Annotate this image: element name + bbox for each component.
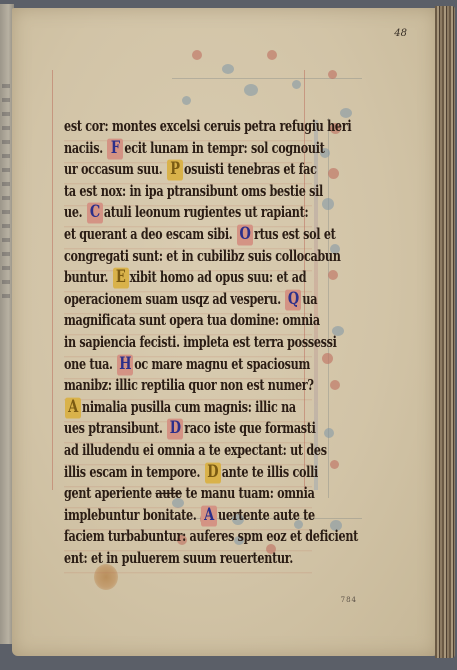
text-line-content: et querant a deo escam sibi. Ortus est s… — [64, 225, 336, 243]
text-line-content: in sapiencia fecisti. impleta est terra … — [64, 333, 337, 351]
text-line-content: magnificata sunt opera tua domine: omnia — [64, 311, 320, 329]
flower-icon — [267, 50, 277, 60]
flower-icon — [222, 64, 234, 74]
flower-icon — [328, 270, 338, 280]
text-line-content: gent aperiente aute te manu tuam: omnia — [64, 484, 315, 502]
text-line-content: ues ptransibunt. Draco iste que formasti — [64, 419, 316, 437]
text-line-content: buntur. Exibit homo ad opus suu: et ad — [64, 268, 306, 286]
text-line-content: one tua. Hoc mare magnu et spaciosum — [64, 354, 310, 372]
text-line-content: congregati sunt: et in cubilibz suis col… — [64, 246, 341, 264]
text-line-content: implebuntur bonitate. Auertente aute te — [64, 505, 315, 523]
text-line-content: illis escam in tempore. Dante te illis c… — [64, 462, 318, 480]
folio-number: 48 — [394, 28, 407, 39]
text-line: ent: et in puluerem suum reuertentur. — [64, 545, 312, 573]
manuscript-page: 48 784 est cor: montes excelsi ceruis pe… — [12, 8, 437, 656]
flower-icon — [330, 460, 339, 469]
text-line-content: Animalia pusilla cum magnis: illic na — [64, 397, 296, 415]
flower-icon — [244, 84, 258, 96]
text-line-content: faciem turbabuntur: auferes spm eoz et d… — [64, 527, 358, 545]
text-line-content: ad illudendu ei omnia a te expectant: ut… — [64, 441, 327, 459]
manuscript-text-block: est cor: montes excelsi ceruis petra ref… — [64, 116, 312, 569]
page-edges — [435, 6, 455, 658]
text-line-content: ue. Catuli leonum rugientes ut rapiant: — [64, 203, 308, 221]
flower-icon — [182, 96, 191, 105]
flower-icon — [192, 50, 202, 60]
flower-icon — [328, 70, 337, 79]
text-line-content: ent: et in puluerem suum reuertentur. — [64, 549, 293, 567]
flower-icon — [328, 168, 339, 179]
library-stamp: 784 — [341, 596, 357, 604]
flower-icon — [330, 380, 340, 390]
flower-icon — [324, 428, 334, 438]
text-line-content: ur occasum suu. Posuisti tenebras et fac — [64, 160, 317, 178]
flower-icon — [292, 80, 301, 89]
text-line-content: operacionem suam usqz ad vesperu. Qua — [64, 289, 317, 307]
flower-icon — [322, 353, 333, 364]
ruling-line-left — [52, 70, 53, 490]
text-line-content: est cor: montes excelsi ceruis petra ref… — [64, 117, 351, 135]
text-line-content: naciis. Fecit lunam in tempr: sol cognou… — [64, 138, 325, 156]
text-line-content: manibz: illic reptilia quor non est nume… — [64, 376, 314, 394]
text-line-content: ta est nox: in ipa ptransibunt oms besti… — [64, 181, 323, 199]
facing-page-text-bleed — [2, 84, 10, 304]
flower-icon — [322, 198, 334, 210]
